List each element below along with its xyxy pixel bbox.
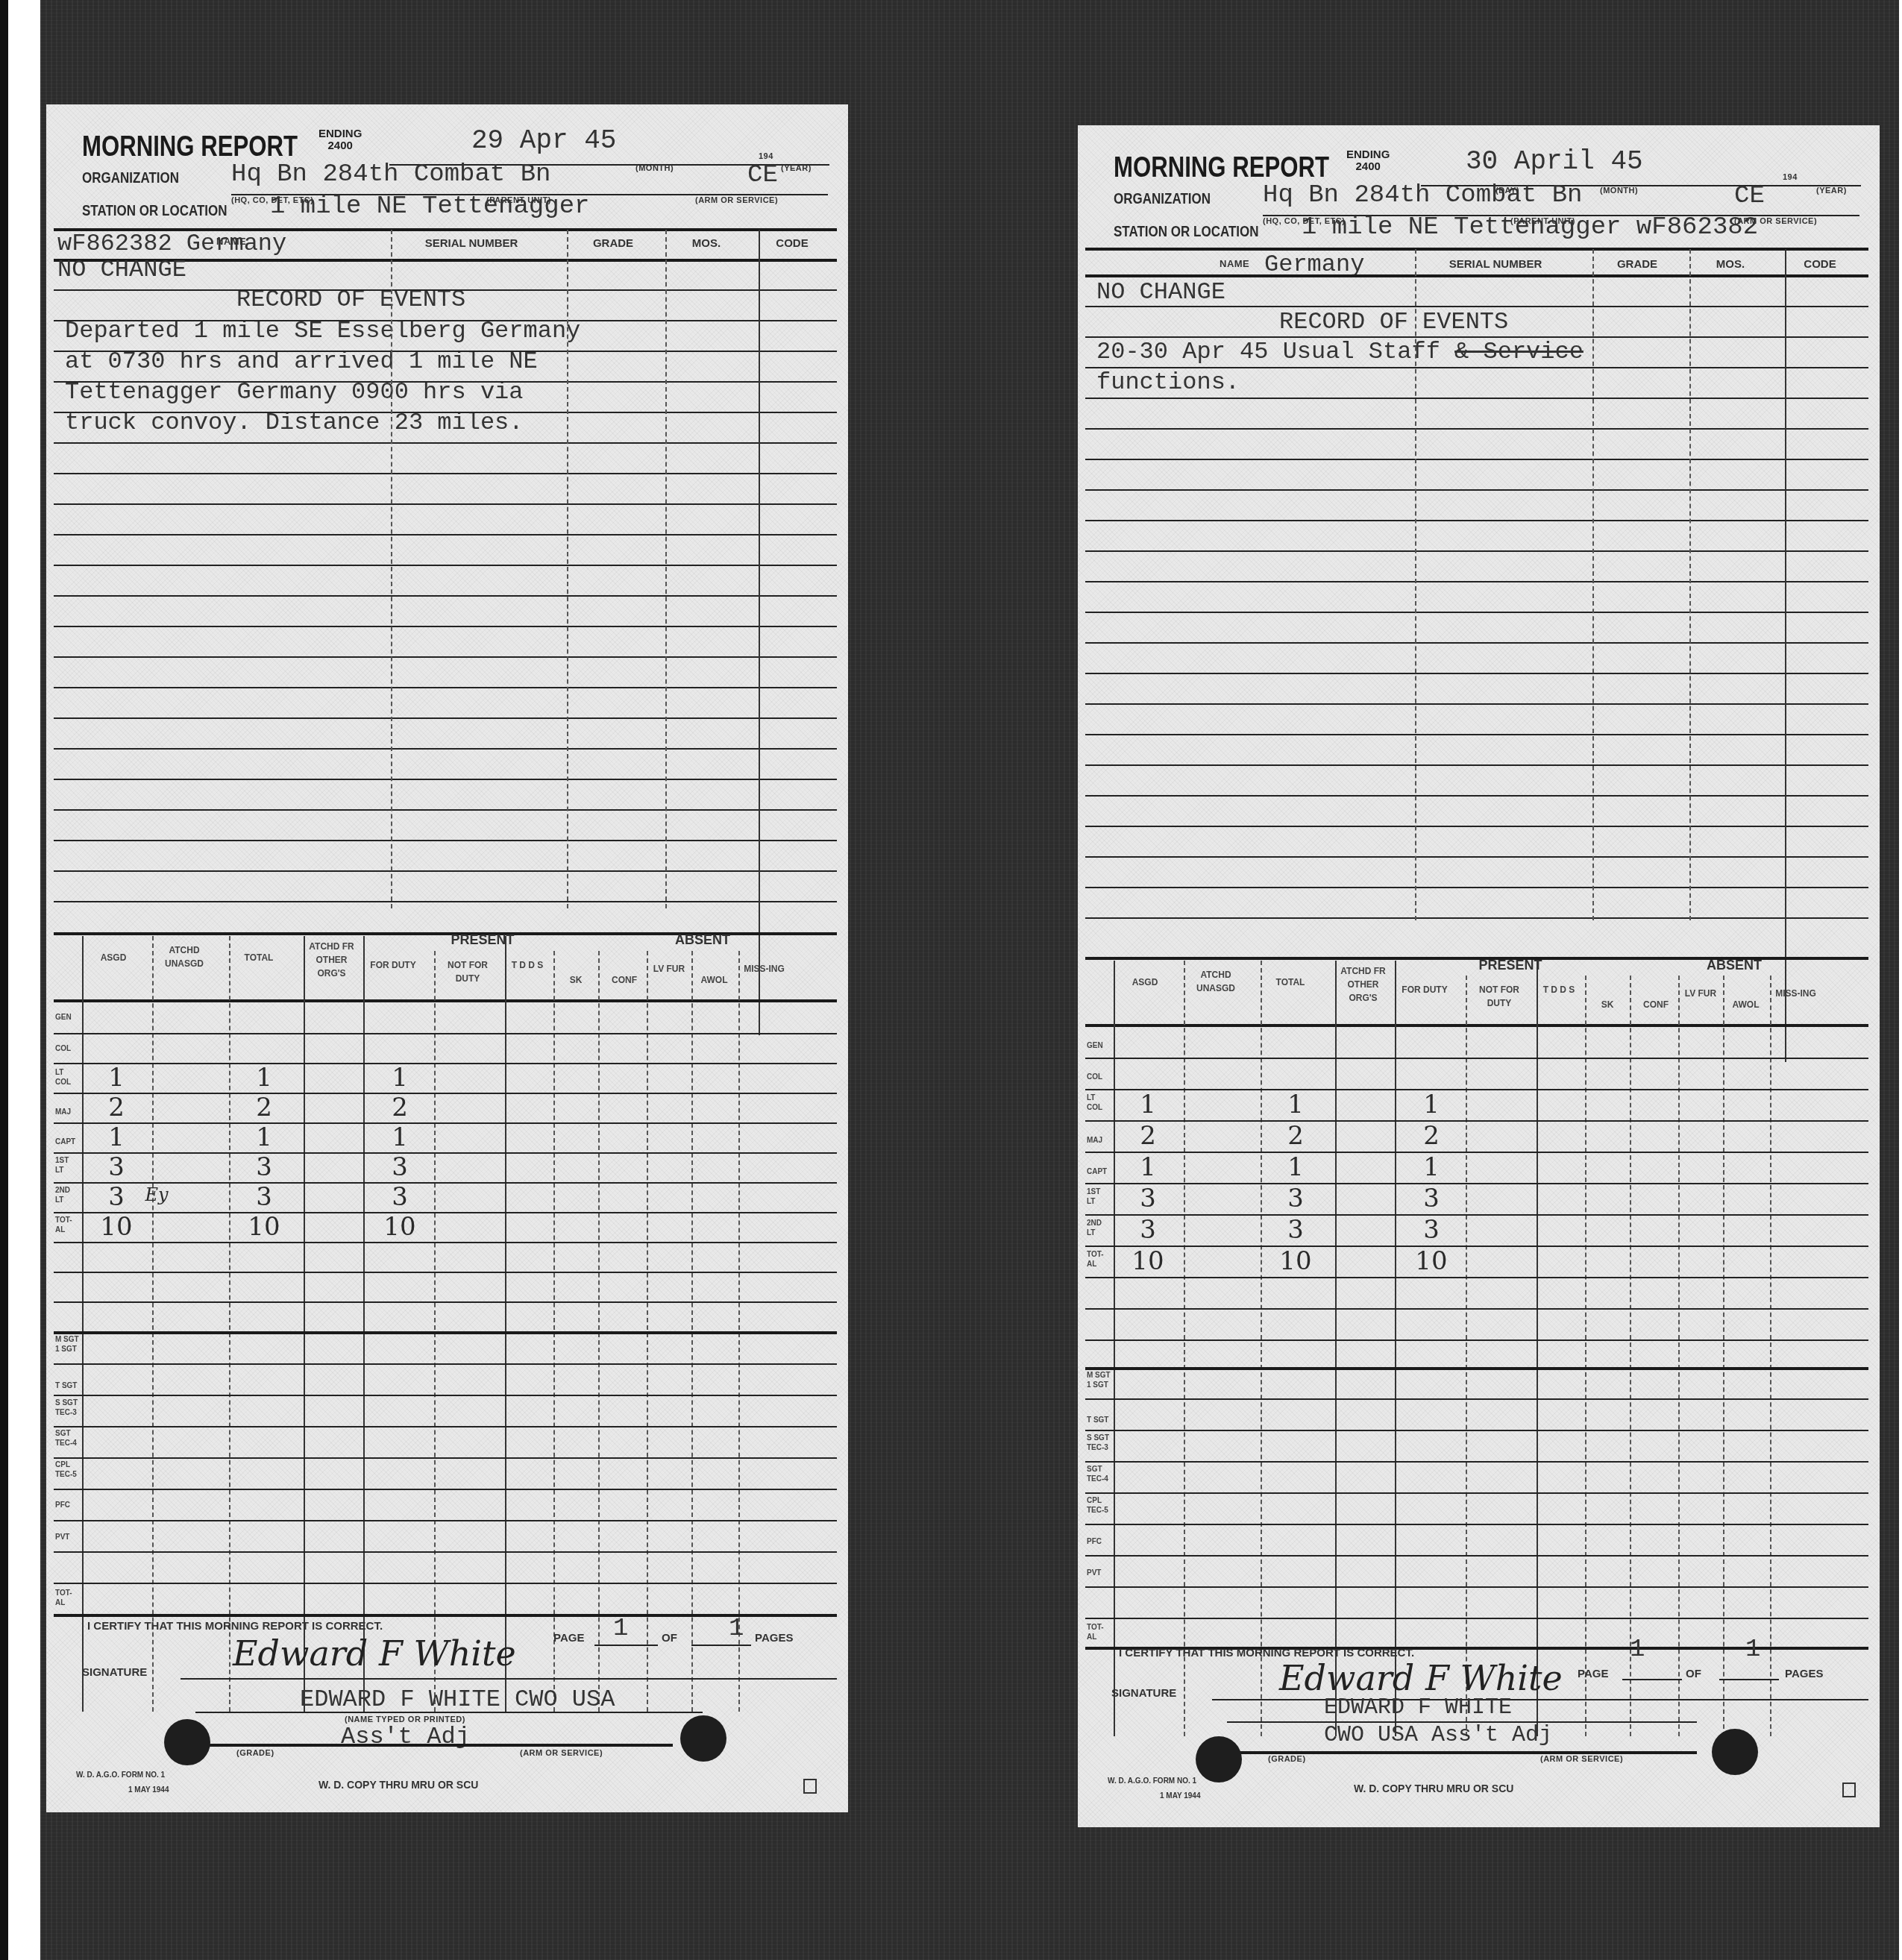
form-number: W. D. A.G.O. FORM NO. 1	[1108, 1777, 1196, 1785]
cell-for-duty: 1	[1409, 1090, 1454, 1119]
arm-or-service-value: CE	[1734, 182, 1765, 210]
cell-for-duty: 1	[377, 1063, 422, 1093]
present-group-header: PRESENT	[1436, 958, 1585, 973]
organization-value: Hq Bn 284th Combat Bn	[231, 160, 550, 189]
col-sk: SK	[561, 973, 591, 987]
no-change-note: NO CHANGE	[57, 256, 186, 283]
cell-asgd: 2	[1126, 1121, 1170, 1151]
row-label-lt-col: LT COL	[1087, 1093, 1109, 1113]
serial-number-label: SERIAL NUMBER	[1421, 258, 1570, 271]
row-label-maj: MAJ	[1087, 1136, 1102, 1146]
copy-note: W. D. COPY THRU MRU OR SCU	[1354, 1782, 1513, 1794]
col-total: TOTAL	[229, 951, 289, 964]
cell-asgd: 1	[94, 1063, 139, 1093]
cell-for-duty: 1	[377, 1122, 422, 1152]
organization-label: ORGANIZATION	[82, 170, 179, 187]
cell-asgd: 10	[1126, 1246, 1170, 1276]
col-missing: MISS-ING	[744, 962, 785, 976]
typed-name: EDWARD F WHITE CWO USA	[300, 1686, 615, 1713]
grade-value: CWO USA Ass't Adj	[1324, 1723, 1552, 1748]
grade-hint: (GRADE)	[236, 1749, 274, 1758]
row-label-gen: GEN	[1087, 1041, 1103, 1051]
mos-label: MOS.	[1689, 258, 1771, 271]
cell-for-duty: 10	[1409, 1246, 1454, 1276]
struck-text: & Service	[1454, 338, 1584, 365]
col-for-duty: FOR DUTY	[367, 958, 419, 972]
arm-hint: (ARM OR SERVICE)	[695, 196, 778, 205]
no-change-note: NO CHANGE	[1096, 278, 1225, 306]
year-prefix: 194	[1783, 173, 1798, 182]
col-td-ds: T D D S	[509, 958, 546, 972]
row-label-pvt: PVT	[55, 1533, 69, 1542]
cell-asgd: 3	[94, 1152, 139, 1182]
cell-for-duty: 10	[377, 1212, 422, 1242]
arm-or-service-value: CE	[747, 161, 778, 189]
year-prefix: 194	[759, 152, 773, 161]
cell-for-duty: 3	[1409, 1184, 1454, 1213]
signature-label: SIGNATURE	[82, 1666, 147, 1679]
page-label: PAGE	[553, 1632, 584, 1645]
cell-total: 2	[1273, 1121, 1318, 1151]
serial-number-label: SERIAL NUMBER	[397, 237, 546, 250]
organization-label: ORGANIZATION	[1114, 191, 1211, 208]
of-label: OF	[662, 1632, 677, 1645]
col-atchd-fr-other: ATCHD FR OTHER ORG'S	[304, 940, 360, 980]
cell-asgd: 3	[94, 1182, 139, 1212]
certify-text: I CERTIFY THAT THIS MORNING REPORT IS CO…	[87, 1620, 383, 1633]
grade-hint: (GRADE)	[1268, 1755, 1306, 1764]
cell-for-duty: 3	[377, 1152, 422, 1182]
row-label-gen: GEN	[55, 1013, 72, 1023]
cell-asgd: 1	[1126, 1152, 1170, 1182]
handwritten-note: Ey	[134, 1184, 179, 1205]
event-line: functions.	[1096, 368, 1240, 396]
row-label-total: TOT-AL	[55, 1216, 78, 1235]
col-asgd: ASGD	[84, 951, 143, 964]
cell-asgd: 3	[1126, 1215, 1170, 1245]
scan-edge	[0, 0, 8, 1960]
page-number: 1	[1630, 1636, 1645, 1664]
col-conf: CONF	[1633, 998, 1678, 1011]
station-value: 1 mile NE Tettenagger	[270, 192, 589, 221]
station-continuation: wF862382 Germany	[57, 230, 286, 257]
total-pages: 1	[729, 1615, 744, 1643]
row-label-2nd-lt: 2ND LT	[1087, 1219, 1109, 1238]
cell-total: 1	[242, 1063, 286, 1093]
handwritten-signature: Edward F White	[1279, 1658, 1563, 1698]
morning-report-card-left: MORNING REPORT ENDING 2400 29 Apr 45 194…	[46, 104, 848, 1812]
cell-asgd: 1	[94, 1122, 139, 1152]
ending-label: ENDING 2400	[1346, 149, 1390, 173]
form-date: 1 MAY 1944	[128, 1786, 169, 1794]
typed-name: EDWARD F WHITE	[1324, 1695, 1512, 1721]
cell-for-duty: 3	[1409, 1215, 1454, 1245]
row-label-1st-lt: 1ST LT	[55, 1156, 78, 1175]
row-label-total: TOT-AL	[1087, 1250, 1109, 1269]
row-label-pfc: PFC	[55, 1501, 70, 1510]
cell-total: 2	[242, 1093, 286, 1122]
binder-hole	[680, 1715, 726, 1762]
grade-label: GRADE	[1592, 258, 1682, 271]
row-label-sgt: SGT TEC-4	[55, 1429, 81, 1448]
row-label-sgt: SGT TEC-4	[1087, 1465, 1112, 1484]
row-label-capt: CAPT	[1087, 1167, 1107, 1177]
row-label-ssgt: S SGT TEC-3	[1087, 1433, 1112, 1453]
row-label-col: COL	[1087, 1072, 1102, 1082]
form-title: MORNING REPORT	[82, 131, 298, 163]
total-pages: 1	[1745, 1636, 1760, 1664]
event-line: 20-30 Apr 45 Usual Staff & Service	[1096, 338, 1584, 365]
row-label-2nd-lt: 2ND LT	[55, 1186, 78, 1205]
cell-total: 1	[1273, 1090, 1318, 1119]
col-lv-fur: LV FUR	[650, 962, 688, 976]
cell-total: 3	[242, 1182, 286, 1212]
pages-label: PAGES	[755, 1632, 793, 1645]
copy-note: W. D. COPY THRU MRU OR SCU	[318, 1779, 478, 1791]
station-label: STATION OR LOCATION	[1114, 224, 1259, 241]
cell-for-duty: 2	[1409, 1121, 1454, 1151]
row-label-pvt: PVT	[1087, 1568, 1101, 1578]
cell-total: 10	[1273, 1246, 1318, 1276]
row-label-msgt: M SGT 1 SGT	[1087, 1371, 1112, 1390]
row-label-total: TOT-AL	[1087, 1623, 1112, 1642]
cell-for-duty: 1	[1409, 1152, 1454, 1182]
row-label-cpl: CPL TEC-5	[55, 1460, 81, 1480]
grade-label: GRADE	[568, 237, 658, 250]
col-atchd-unasgd: ATCHD UNASGD	[1186, 968, 1246, 995]
absent-group-header: ABSENT	[613, 932, 792, 948]
col-td-ds: T D D S	[1540, 983, 1578, 996]
col-atchd-fr-other: ATCHD FR OTHER ORG'S	[1335, 964, 1391, 1005]
report-date: 29 Apr 45	[471, 125, 616, 156]
month-hint: (MONTH)	[1600, 186, 1638, 195]
organization-value: Hq Bn 284th Combat Bn	[1263, 181, 1582, 210]
col-sk: SK	[1592, 998, 1622, 1011]
form-number: W. D. A.G.O. FORM NO. 1	[76, 1771, 165, 1780]
row-label-cpl: CPL TEC-5	[1087, 1496, 1112, 1515]
ending-label: ENDING 2400	[318, 128, 362, 152]
col-not-for-duty: NOT FOR DUTY	[442, 958, 494, 985]
binder-hole	[1712, 1729, 1758, 1775]
cell-for-duty: 3	[377, 1182, 422, 1212]
checkbox-icon	[1842, 1782, 1856, 1797]
cell-total: 1	[242, 1122, 286, 1152]
record-of-events-heading: RECORD OF EVENTS	[1279, 308, 1508, 336]
page-number: 1	[613, 1615, 628, 1643]
col-conf: CONF	[602, 973, 647, 987]
row-label-ssgt: S SGT TEC-3	[55, 1398, 81, 1418]
col-for-duty: FOR DUTY	[1399, 983, 1451, 996]
cell-total: 3	[1273, 1215, 1318, 1245]
col-lv-fur: LV FUR	[1682, 987, 1719, 1000]
arm-service-hint: (ARM OR SERVICE)	[1540, 1755, 1623, 1764]
cell-total: 3	[1273, 1184, 1318, 1213]
row-label-capt: CAPT	[55, 1137, 75, 1147]
year-hint: (YEAR)	[1816, 186, 1847, 195]
code-label: CODE	[759, 237, 826, 250]
cell-asgd: 3	[1126, 1184, 1170, 1213]
row-label-tsgt: T SGT	[55, 1381, 81, 1391]
row-label-tsgt: T SGT	[1087, 1416, 1112, 1425]
col-atchd-unasgd: ATCHD UNASGD	[154, 943, 214, 970]
row-label-col: COL	[55, 1044, 71, 1054]
row-label-pfc: PFC	[1087, 1537, 1102, 1547]
report-date: 30 April 45	[1466, 146, 1643, 177]
row-label-1st-lt: 1ST LT	[1087, 1187, 1109, 1207]
signature-label: SIGNATURE	[1111, 1687, 1176, 1700]
station-value: 1 mile NE Tettenagger wF862382	[1302, 213, 1758, 242]
month-hint: (MONTH)	[635, 164, 674, 173]
cell-asgd: 10	[94, 1212, 139, 1242]
col-awol: AWOL	[1725, 998, 1766, 1011]
code-label: CODE	[1786, 258, 1854, 271]
row-label-lt-col: LT COL	[55, 1068, 78, 1087]
morning-report-card-right: MORNING REPORT ENDING 2400 30 April 45 1…	[1078, 125, 1880, 1827]
year-hint: (YEAR)	[781, 164, 812, 173]
col-missing: MISS-ING	[1775, 987, 1816, 1000]
form-date: 1 MAY 1944	[1160, 1792, 1201, 1800]
checkbox-icon	[803, 1779, 817, 1794]
cell-total: 1	[1273, 1152, 1318, 1182]
name-label: NAME	[216, 236, 246, 247]
cell-total: 10	[242, 1212, 286, 1242]
name-label: NAME	[1220, 258, 1249, 269]
of-label: OF	[1686, 1668, 1701, 1680]
col-asgd: ASGD	[1115, 976, 1175, 989]
form-title: MORNING REPORT	[1114, 152, 1329, 184]
arm-service-hint: (ARM OR SERVICE)	[520, 1749, 603, 1758]
cell-for-duty: 2	[377, 1093, 422, 1122]
page-label: PAGE	[1578, 1668, 1608, 1680]
handwritten-signature: Edward F White	[233, 1633, 516, 1674]
mos-label: MOS.	[665, 237, 747, 250]
col-total: TOTAL	[1261, 976, 1320, 989]
col-awol: AWOL	[694, 973, 735, 987]
row-label-total: TOT-AL	[55, 1589, 81, 1608]
binder-hole	[1196, 1736, 1242, 1782]
row-label-maj: MAJ	[55, 1108, 71, 1117]
cell-asgd: 1	[1126, 1090, 1170, 1119]
row-label-msgt: M SGT 1 SGT	[55, 1335, 81, 1354]
station-label: STATION OR LOCATION	[82, 203, 227, 220]
absent-group-header: ABSENT	[1645, 958, 1824, 973]
present-group-header: PRESENT	[408, 932, 557, 948]
col-not-for-duty: NOT FOR DUTY	[1473, 983, 1525, 1010]
cell-asgd: 2	[94, 1093, 139, 1122]
pages-label: PAGES	[1785, 1668, 1823, 1680]
cell-total: 3	[242, 1152, 286, 1182]
binder-hole	[164, 1719, 210, 1765]
